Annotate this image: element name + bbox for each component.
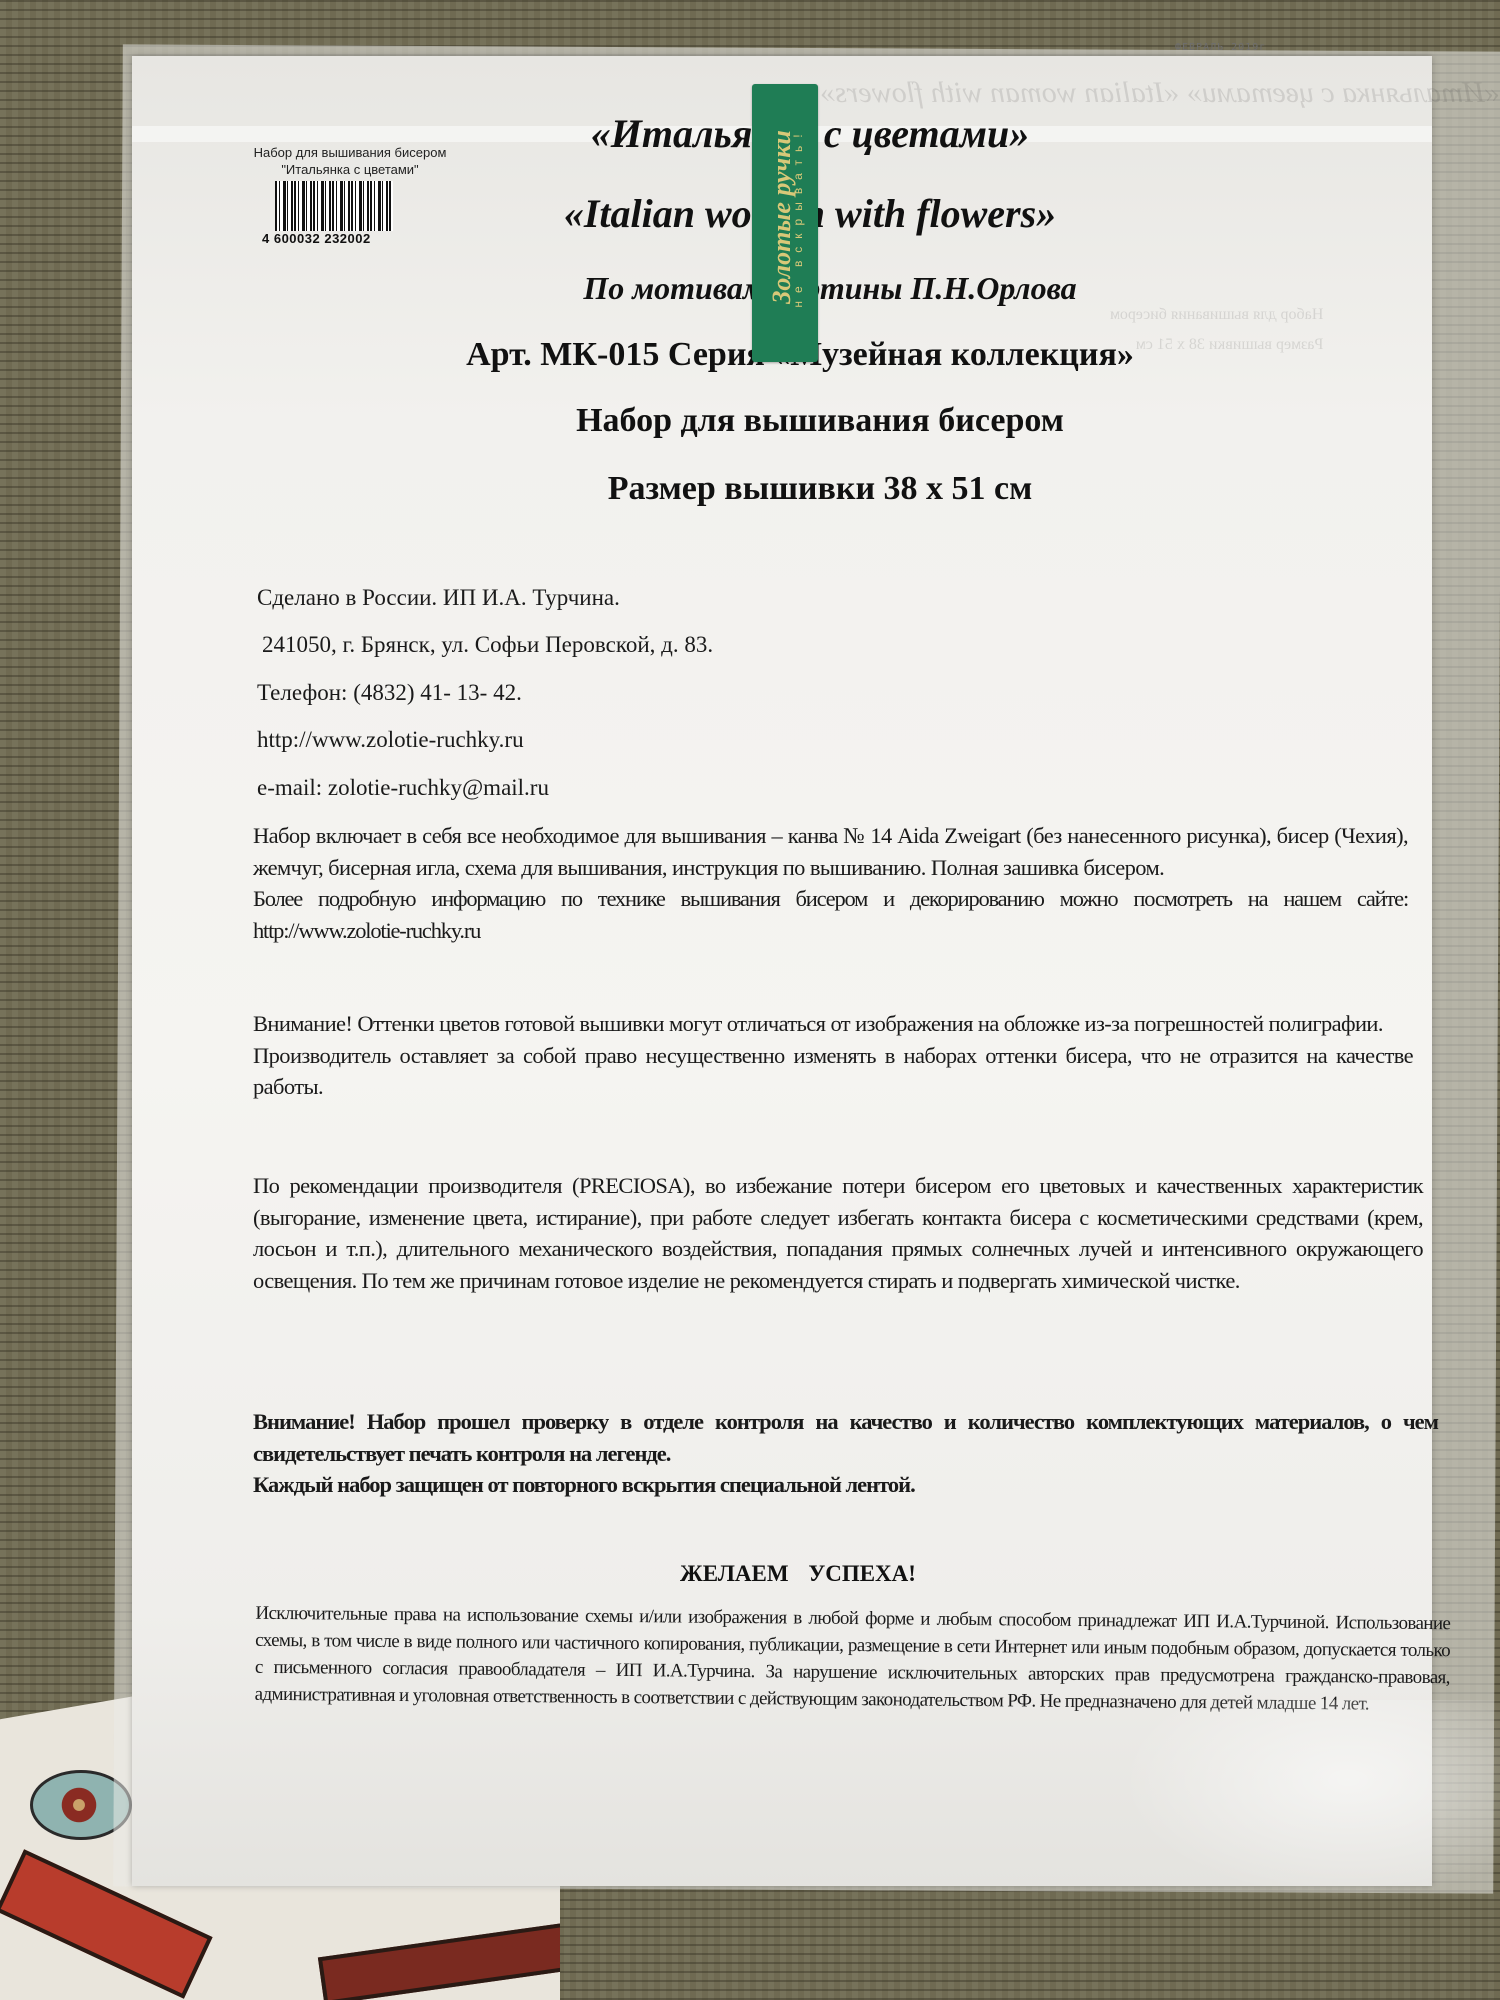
color-notice-paragraph: Внимание! Оттенки цветов готовой вышивки…	[253, 1008, 1413, 1103]
sleeve-glare	[1120, 1700, 1500, 1900]
website-link[interactable]: http://www.zolotie-ruchky.ru	[257, 727, 524, 753]
color-notice-line2: Производитель оставляет за собой право н…	[253, 1040, 1413, 1103]
embroidery-size: Размер вышивки 38 х 51 см	[340, 470, 1300, 508]
care-notice-paragraph: По рекомендации производителя (PRECIOSA)…	[253, 1170, 1423, 1296]
maker-line: Сделано в России. ИП И.А. Турчина.	[257, 585, 620, 611]
color-notice-line1: Внимание! Оттенки цветов готовой вышивки…	[253, 1008, 1413, 1040]
care-notice-text: По рекомендации производителя (PRECIOSA)…	[253, 1170, 1423, 1296]
subtitle-painting: По мотивам картины П.Н.Орлова	[350, 270, 1310, 307]
quality-notice-line2: Каждый набор защищен от повторного вскры…	[253, 1469, 1438, 1501]
quality-notice-paragraph: Внимание! Набор прошел проверку в отделе…	[253, 1406, 1438, 1501]
seal-tape: Золотые ручки не вскрывать!	[752, 84, 818, 362]
show-through-text: «Итальянка с цветами» «Italian woman wit…	[820, 76, 1500, 110]
print-date-stamp: ФЕВРАЛЬ 2019г	[1175, 42, 1266, 53]
kit-contents-text: Набор включает в себя все необходимое дл…	[253, 820, 1408, 883]
more-info-text: Более подробную информацию по технике вы…	[253, 883, 1408, 946]
phone-line: Телефон: (4832) 41- 13- 42.	[257, 680, 522, 706]
wish-success-heading: ЖЕЛАЕМ УСПЕХА!	[680, 1561, 916, 1587]
kit-contents-paragraph: Набор включает в себя все необходимое дл…	[253, 820, 1408, 946]
email-link[interactable]: e-mail: zolotie-ruchky@mail.ru	[257, 775, 549, 801]
kit-type: Набор для вышивания бисером	[340, 402, 1300, 440]
address-line: 241050, г. Брянск, ул. Софьи Перовской, …	[262, 632, 713, 658]
seal-warning-text: не вскрывать!	[791, 107, 805, 327]
barcode-label-line2: "Итальянка с цветами"	[225, 161, 475, 178]
quality-notice-line1: Внимание! Набор прошел проверку в отделе…	[253, 1406, 1438, 1469]
fabric-band	[318, 1923, 570, 2000]
